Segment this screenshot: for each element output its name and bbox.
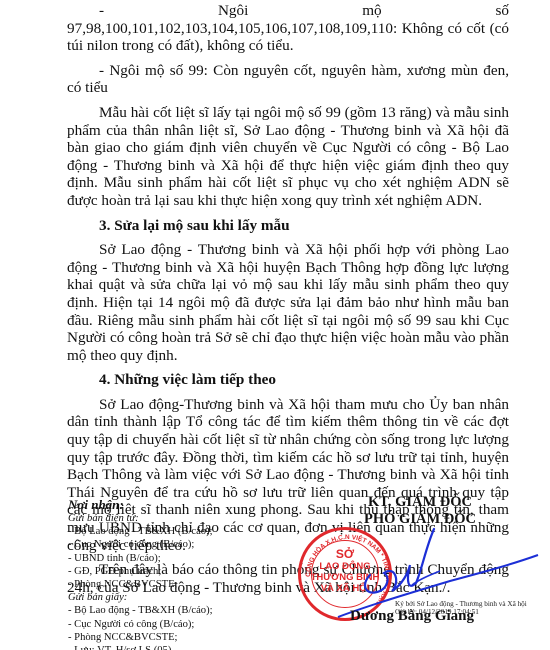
paragraph-grave-99: - Ngôi mộ số 99: Còn nguyên cốt, nguyên …	[67, 62, 509, 97]
recipient-item: - Bộ Lao động - TB&XH (B/cáo);	[68, 525, 288, 538]
section-heading-4: 4. Những việc làm tiếp theo	[67, 371, 509, 389]
recipient-item: - Phòng NCC&BVCSTE;	[68, 578, 288, 591]
recipient-item: - GĐ, PGĐ phụ trách;	[68, 565, 288, 578]
recipients-title: Nơi nhận:	[68, 497, 288, 512]
recipient-item: - UBND tỉnh (B/cáo);	[68, 552, 288, 565]
recipient-item: - Cục Người có công (B/cáo);	[68, 538, 288, 551]
document-page: - Ngôi mộ số 97,98,100,101,102,103,104,1…	[0, 0, 550, 650]
paragraph-grave-list: - Ngôi mộ số 97,98,100,101,102,103,104,1…	[67, 2, 509, 55]
recipient-item: - Lưu: VT, H/sơ LS (05).	[68, 644, 288, 650]
electronic-copy-label: Gửi bản điện tử:	[68, 512, 288, 525]
paper-copy-label: Gửi bản giấy:	[68, 591, 288, 604]
signatory-title: KT. GIÁM ĐỐC PHÓ GIÁM ĐỐC	[330, 494, 510, 528]
section-heading-3: 3. Sửa lại mộ sau khi lấy mẫu	[67, 217, 509, 235]
recipient-item: - Cục Người có công (B/cáo);	[68, 618, 288, 631]
paragraph-grave-repair: Sở Lao động - Thương binh và Xã hội phối…	[67, 241, 509, 364]
digital-signed-by: Ký bởi Sở Lao động - Thương binh và Xã h…	[395, 600, 527, 608]
paragraph-sample-handover: Mẫu hài cốt liệt sĩ lấy tại ngôi mộ số 9…	[67, 104, 509, 210]
signer-name: Dương Bằng Giang	[350, 608, 474, 625]
recipient-item: - Phòng NCC&BVCSTE;	[68, 631, 288, 644]
recipients-block: Nơi nhận: Gửi bản điện tử: - Bộ Lao động…	[68, 497, 288, 650]
recipient-item: - Bộ Lao động - TB&XH (B/cáo);	[68, 604, 288, 617]
signatory-title-line1: KT. GIÁM ĐỐC	[330, 494, 510, 511]
